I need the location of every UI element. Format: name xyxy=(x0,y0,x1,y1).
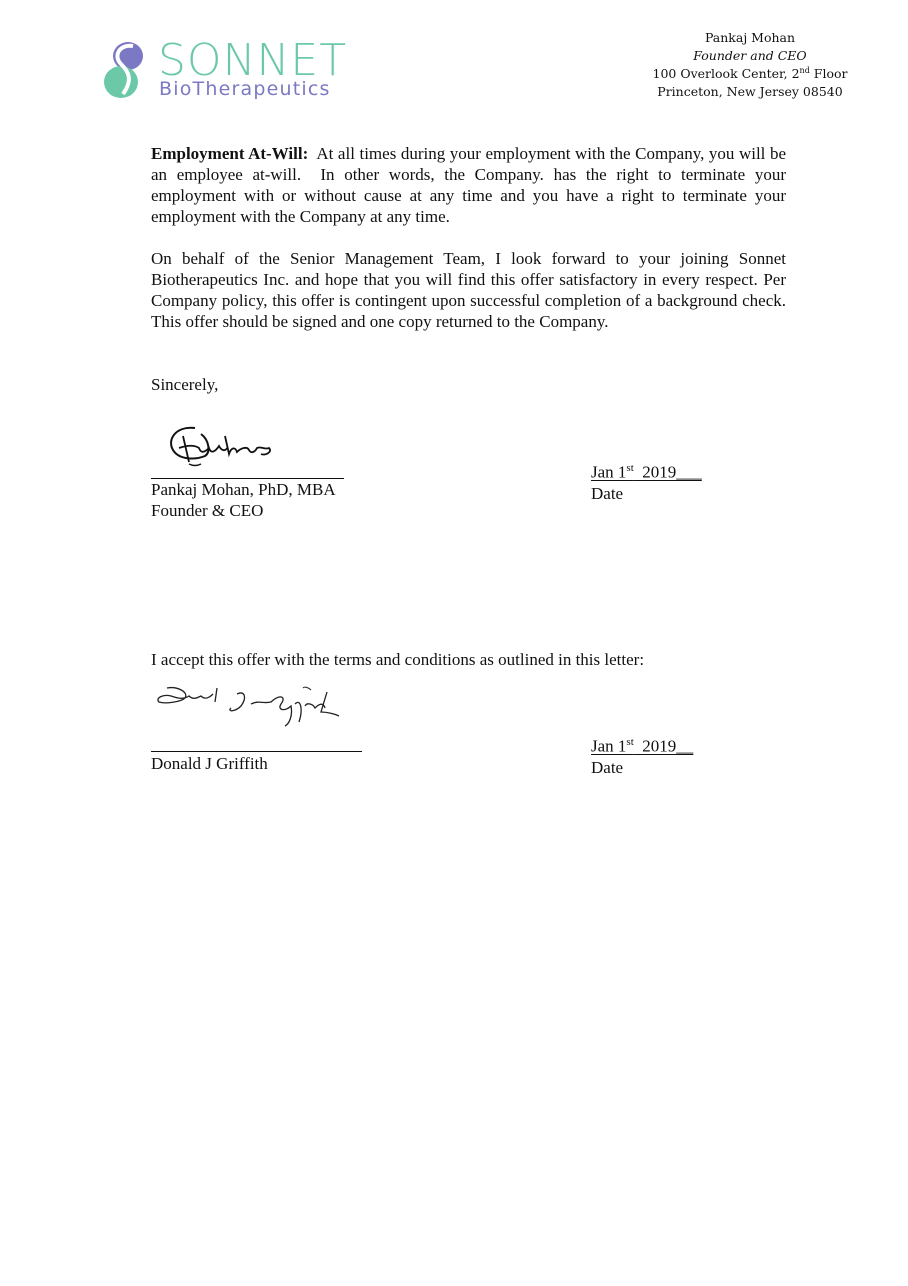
date-label: Date xyxy=(591,483,702,504)
sender-address-block: Pankaj Mohan Founder and CEO 100 Overloo… xyxy=(640,29,860,101)
sender-address-line1: 100 Overlook Center, 2nd Floor xyxy=(640,65,860,83)
signatory-title: Founder & CEO xyxy=(151,500,336,521)
sender-address-line2: Princeton, New Jersey 08540 xyxy=(640,83,860,101)
sincerely-text: Sincerely, xyxy=(151,374,218,395)
address-line1-sup: nd xyxy=(800,66,810,75)
employment-at-will-paragraph: Employment At-Will: At all times during … xyxy=(151,143,786,227)
sender-name: Pankaj Mohan xyxy=(640,29,860,47)
signatory-date: Jan 1st 2019___ xyxy=(591,458,702,483)
employment-heading: Employment At-Will: xyxy=(151,144,308,163)
date-month-day: Jan 1 xyxy=(591,737,626,756)
acceptor-date-block: Jan 1st 2019__ Date xyxy=(591,732,693,778)
company-logo: SONNET BioTherapeutics xyxy=(103,40,348,102)
address-line1-text: 100 Overlook Center, 2 xyxy=(653,66,800,81)
signature-line-griffith xyxy=(151,751,362,752)
closing-paragraph: On behalf of the Senior Management Team,… xyxy=(151,248,786,332)
sender-title: Founder and CEO xyxy=(640,47,860,65)
signatory-date-block: Jan 1st 2019___ Date xyxy=(591,458,702,504)
date-ordinal: st xyxy=(626,736,633,748)
handwritten-signature-mohan-icon xyxy=(165,418,280,473)
acceptor-date: Jan 1st 2019__ xyxy=(591,732,693,757)
acceptor-block: Donald J Griffith xyxy=(151,753,268,774)
address-line1-floor: Floor xyxy=(810,66,848,81)
date-ordinal: st xyxy=(626,462,633,474)
date-month-day: Jan 1 xyxy=(591,463,626,482)
date-label: Date xyxy=(591,757,693,778)
date-year: 2019__ xyxy=(634,737,694,756)
acceptor-name: Donald J Griffith xyxy=(151,753,268,774)
signatory-name: Pankaj Mohan, PhD, MBA xyxy=(151,479,336,500)
signatory-block: Pankaj Mohan, PhD, MBA Founder & CEO xyxy=(151,479,336,521)
date-year: 2019___ xyxy=(634,463,702,482)
handwritten-signature-griffith-icon xyxy=(155,682,345,732)
sonnet-s-logo-icon xyxy=(103,40,145,100)
acceptance-statement: I accept this offer with the terms and c… xyxy=(151,649,644,670)
logo-subtitle: BioTherapeutics xyxy=(159,78,331,100)
